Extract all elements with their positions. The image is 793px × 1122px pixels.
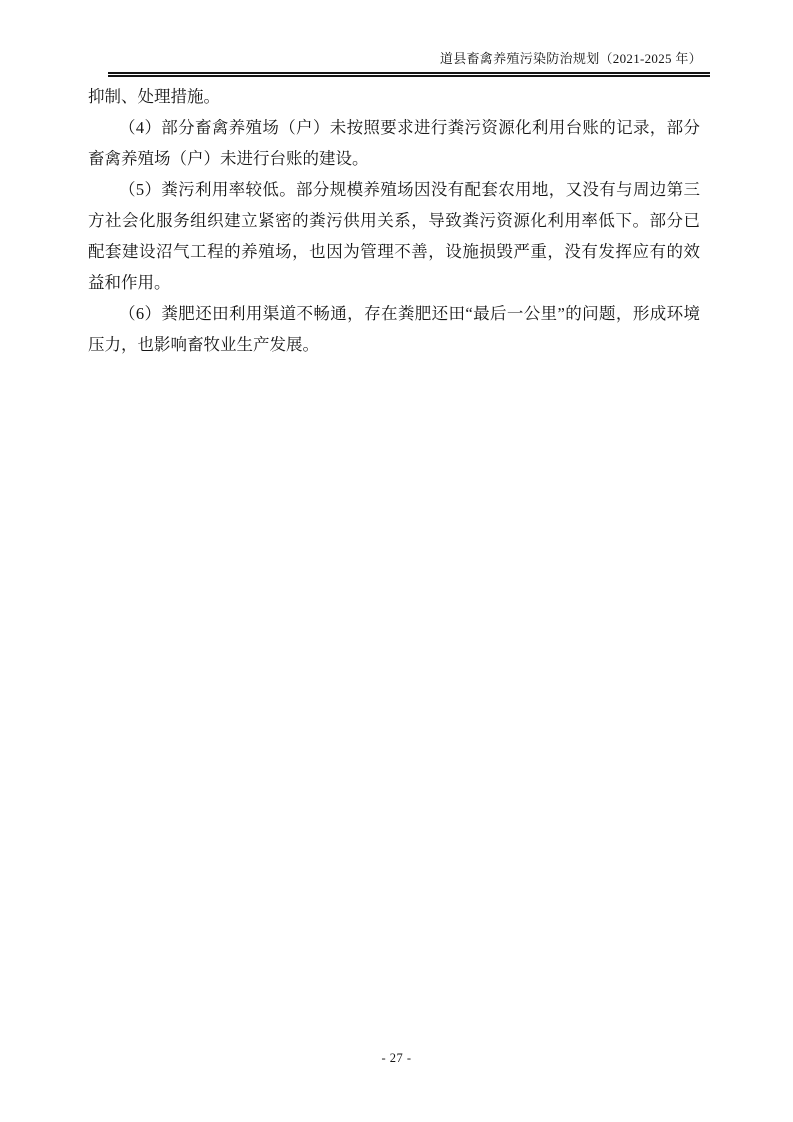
body-line: 畜禽养殖场（户）未进行台账的建设。 bbox=[88, 143, 700, 174]
body-line: （5）粪污利用率较低。部分规模养殖场因没有配套农用地，又没有与周边第三 bbox=[88, 174, 700, 205]
header-title: 道县畜禽养殖污染防治规划（2021-2025 年） bbox=[88, 50, 702, 68]
document-page: 道县畜禽养殖污染防治规划（2021-2025 年） 抑制、处理措施。 （4）部分… bbox=[0, 0, 793, 1122]
document-body: 抑制、处理措施。 （4）部分畜禽养殖场（户）未按照要求进行粪污资源化利用台账的记… bbox=[88, 81, 700, 360]
page-footer: - 27 - bbox=[0, 1050, 793, 1066]
body-line: 益和作用。 bbox=[88, 267, 700, 298]
body-line: （4）部分畜禽养殖场（户）未按照要求进行粪污资源化利用台账的记录，部分 bbox=[88, 112, 700, 143]
header-rule bbox=[108, 72, 710, 77]
body-line: 抑制、处理措施。 bbox=[88, 81, 700, 112]
body-line: 压力，也影响畜牧业生产发展。 bbox=[88, 329, 700, 360]
body-line: （6）粪肥还田利用渠道不畅通，存在粪肥还田“最后一公里”的问题，形成环境 bbox=[88, 298, 700, 329]
body-line: 方社会化服务组织建立紧密的粪污供用关系，导致粪污资源化利用率低下。部分已 bbox=[88, 205, 700, 236]
page-number: - 27 - bbox=[381, 1051, 411, 1065]
body-line: 配套建设沼气工程的养殖场，也因为管理不善，设施损毁严重，没有发挥应有的效 bbox=[88, 236, 700, 267]
